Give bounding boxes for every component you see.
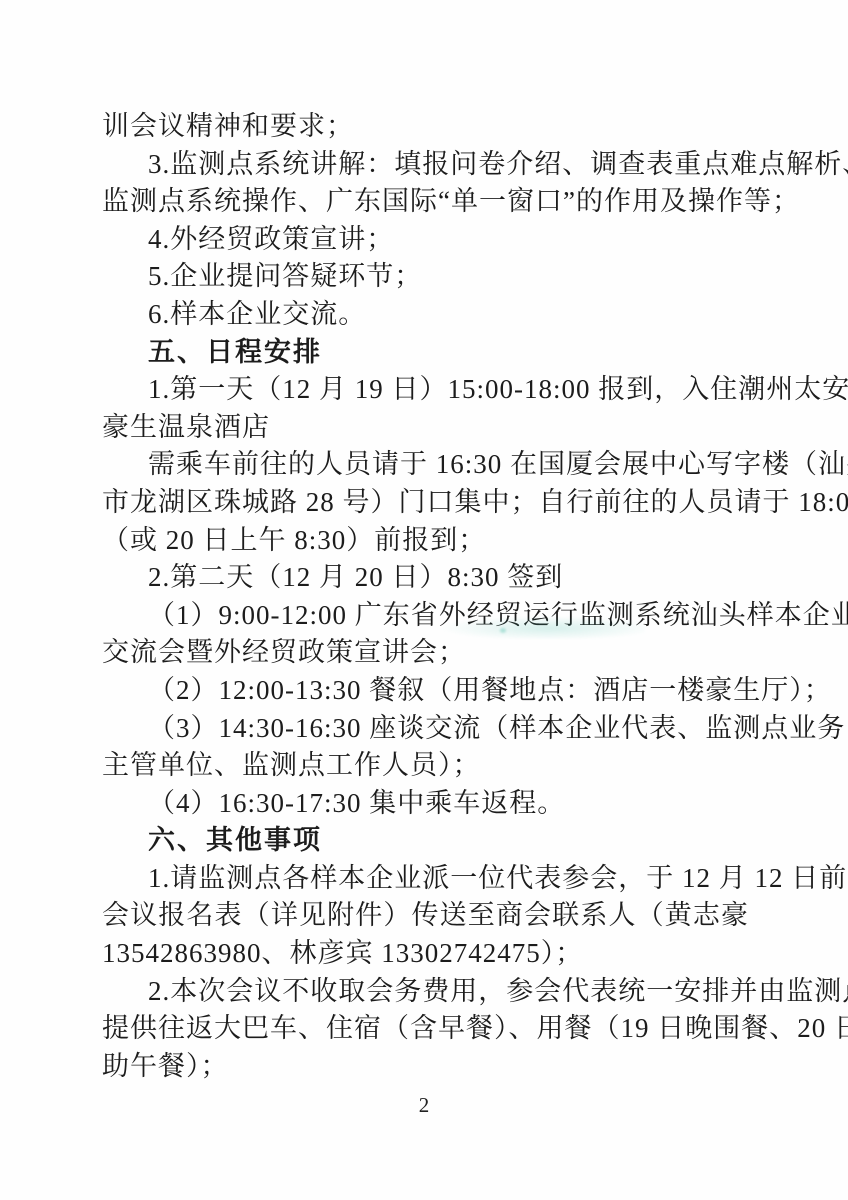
text-line: 提供往返大巴车、住宿（含早餐）、用餐（19 日晚围餐、20 日自 — [102, 1010, 748, 1048]
section-heading: 五、日程安排 — [102, 334, 748, 372]
text-line: 需乘车前往的人员请于 16:30 在国厦会展中心写字楼（汕头 — [102, 446, 748, 484]
text-line: （2）12:00-13:30 餐叙（用餐地点：酒店一楼豪生厅）； — [102, 672, 748, 710]
text-line: 豪生温泉酒店 — [102, 409, 748, 447]
text-line: （1）9:00-12:00 广东省外经贸运行监测系统汕头样本企业 — [102, 597, 748, 635]
text-line: 2.第二天（12 月 20 日）8:30 签到 — [102, 559, 748, 597]
text-line: 主管单位、监测点工作人员）； — [102, 747, 748, 785]
text-line: 1.第一天（12 月 19 日）15:00-18:00 报到，入住潮州太安堂 — [102, 371, 748, 409]
text-line: 市龙湖区珠城路 28 号）门口集中；自行前往的人员请于 18:00 — [102, 484, 748, 522]
text-line: 13542863980、林彦宾 13302742475）； — [102, 935, 748, 973]
text-line: 2.本次会议不收取会务费用，参会代表统一安排并由监测点 — [102, 973, 748, 1011]
text-line: 会议报名表（详见附件）传送至商会联系人（黄志豪 — [102, 897, 748, 935]
text-line: 4.外经贸政策宣讲； — [102, 221, 748, 259]
page-number: 2 — [0, 1092, 848, 1118]
text-line: 3.监测点系统讲解：填报问卷介绍、调查表重点难点解析、 — [102, 146, 748, 184]
text-line: （或 20 日上午 8:30）前报到； — [102, 522, 748, 560]
document-body: 训会议精神和要求；3.监测点系统讲解：填报问卷介绍、调查表重点难点解析、监测点系… — [102, 108, 748, 1085]
text-line: 交流会暨外经贸政策宣讲会； — [102, 634, 748, 672]
text-line: 1.请监测点各样本企业派一位代表参会，于 12 月 12 日前将 — [102, 860, 748, 898]
text-line: 5.企业提问答疑环节； — [102, 258, 748, 296]
text-line: （4）16:30-17:30 集中乘车返程。 — [102, 785, 748, 823]
text-line: 监测点系统操作、广东国际“单一窗口”的作用及操作等； — [102, 183, 748, 221]
text-line: 训会议精神和要求； — [102, 108, 748, 146]
text-line: 6.样本企业交流。 — [102, 296, 748, 334]
text-line: （3）14:30-16:30 座谈交流（样本企业代表、监测点业务 — [102, 710, 748, 748]
document-page: 训会议精神和要求；3.监测点系统讲解：填报问卷介绍、调查表重点难点解析、监测点系… — [0, 0, 848, 1200]
text-line: 助午餐）； — [102, 1048, 748, 1086]
section-heading: 六、其他事项 — [102, 822, 748, 860]
